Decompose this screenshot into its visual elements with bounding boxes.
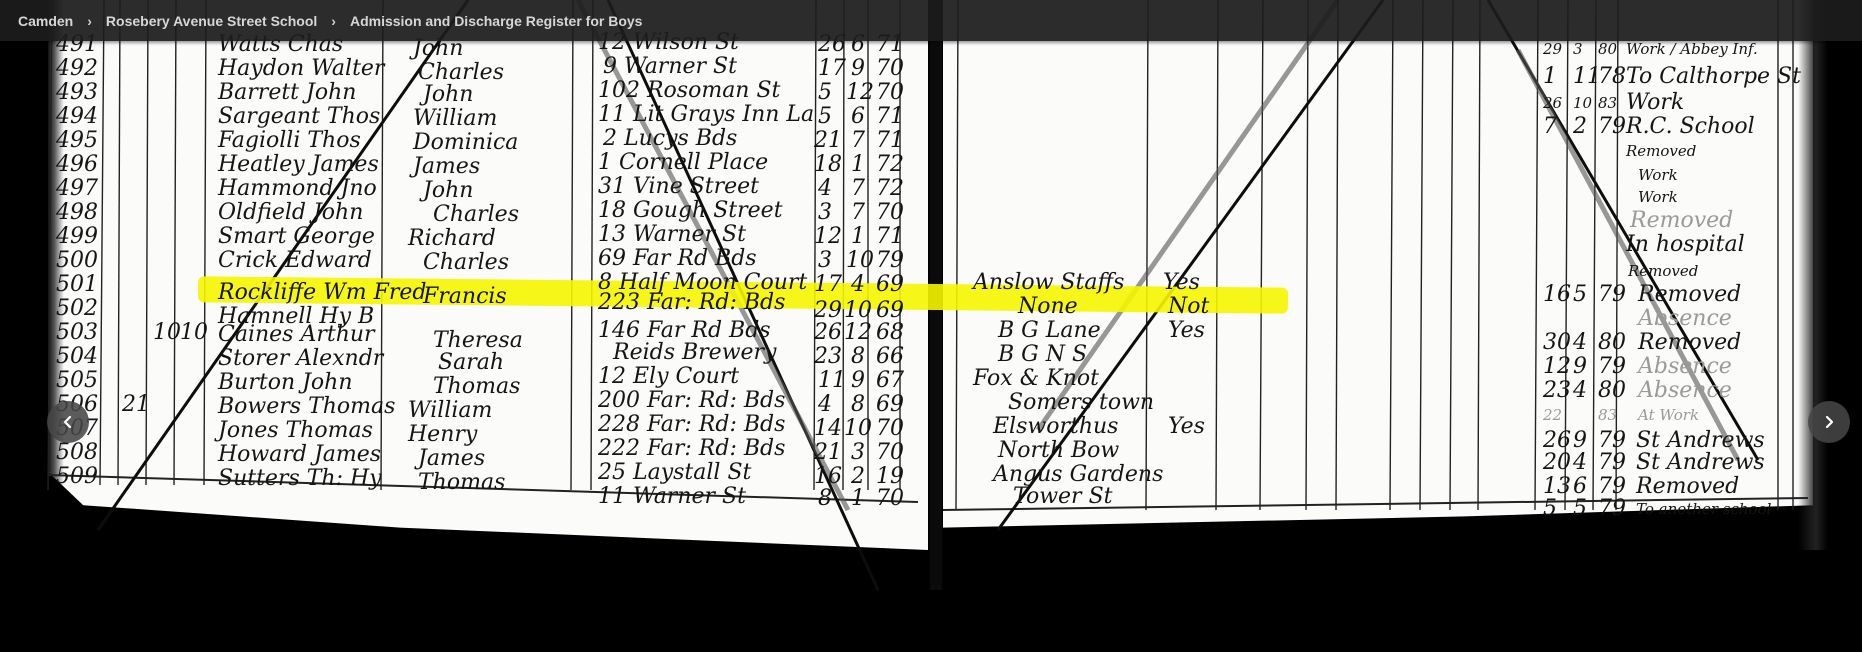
discharge-day: 7 [1543, 116, 1557, 138]
parent-name: Thomas [433, 376, 520, 398]
discharge-day: 1 [1543, 66, 1557, 88]
parent-name-highlighted: Francis [423, 286, 507, 308]
discharge-reason: Removed [1626, 144, 1696, 159]
pupil-name: Sutters Th: Hy [218, 468, 382, 490]
discharge-month: 2 [1573, 116, 1587, 138]
row-number: 502 [56, 298, 98, 320]
breadcrumb-current-register: Admission and Discharge Register for Boy… [350, 13, 643, 29]
parent-name: Charles [433, 204, 519, 226]
row-number: 504 [56, 346, 98, 368]
dob-year: 70 [876, 202, 904, 224]
row-number: 499 [56, 226, 98, 248]
parent-name: Thomas [418, 472, 505, 494]
discharge-year: 80 [1598, 42, 1617, 57]
discharge-year: 79 [1598, 452, 1626, 474]
dob-month: 10 [844, 418, 872, 440]
next-page-button[interactable] [1808, 401, 1850, 443]
discharge-year: 83 [1598, 96, 1617, 111]
pupil-name: Heatley James [218, 154, 379, 176]
dob-month: 10 [846, 250, 874, 272]
row-number: 509 [56, 466, 98, 488]
address: 12 Ely Court [598, 366, 739, 388]
dob-month: 9 [851, 370, 865, 392]
discharge-day: 29 [1543, 42, 1562, 57]
row-number: 495 [56, 130, 98, 152]
parent-name: James [413, 156, 480, 178]
yes-no: Yes [1168, 416, 1205, 438]
discharge-day: 12 [1543, 356, 1571, 378]
admission-month: 10 [180, 322, 208, 344]
discharge-month: 11 [1573, 66, 1601, 88]
discharge-reason: Absence [1638, 356, 1732, 378]
discharge-reason: Removed [1636, 476, 1739, 498]
row-number: 500 [56, 250, 98, 272]
discharge-day: 5 [1543, 498, 1557, 520]
dob-year: 71 [876, 130, 904, 152]
dob-month: 7 [851, 130, 865, 152]
pupil-name: Storer Alexndr [218, 348, 383, 370]
dob-month: 12 [846, 82, 874, 104]
pupil-name: Crick Edward [218, 250, 372, 272]
dob-month: 4 [851, 274, 865, 296]
last-school: Fox & Knot [973, 368, 1099, 390]
dob-month: 7 [851, 178, 865, 200]
discharge-year: 83 [1598, 408, 1617, 423]
document-viewer: 491 Watts Chas John 12 Wilson St 26 6 71… [0, 0, 1862, 652]
breadcrumb-separator: › [331, 13, 336, 29]
discharge-year: 80 [1598, 332, 1626, 354]
last-school: B G Lane [998, 320, 1101, 342]
pupil-name: Jones Thomas [218, 420, 373, 442]
address: 146 Far Rd Bds [598, 320, 771, 342]
dob-day: 3 [818, 202, 832, 224]
dob-month: 6 [851, 106, 865, 128]
row-number: 498 [56, 202, 98, 224]
dob-year: 70 [876, 418, 904, 440]
row-number: 508 [56, 442, 98, 464]
address: 18 Gough Street [598, 200, 783, 222]
parent-name: Sarah [438, 352, 504, 374]
pupil-name-highlighted: Rockliffe Wm Fred [218, 282, 426, 304]
dob-day: 4 [818, 178, 832, 200]
discharge-reason: Removed [1638, 284, 1741, 306]
address: Reids Brewery [613, 342, 777, 364]
dob-day: 21 [814, 442, 842, 464]
breadcrumb: Camden › Rosebery Avenue Street School ›… [0, 0, 1862, 41]
parent-name: John [413, 38, 463, 60]
pupil-name: Burton John [218, 372, 353, 394]
dob-year: 69 [876, 274, 904, 296]
parent-name: John [423, 84, 473, 106]
parent-name: Richard [408, 228, 496, 250]
discharge-month: 6 [1573, 476, 1587, 498]
address: 228 Far: Rd: Bds [598, 414, 785, 436]
discharge-month: 4 [1573, 452, 1587, 474]
breadcrumb-camden[interactable]: Camden [18, 13, 73, 29]
dob-year: 19 [876, 466, 904, 488]
dob-day: 14 [814, 418, 842, 440]
parent-name: William [413, 108, 497, 130]
address: 13 Warner St [598, 224, 746, 246]
pupil-name: Haydon Walter [218, 58, 384, 80]
dob-day: 3 [818, 250, 832, 272]
discharge-reason: Removed [1638, 332, 1741, 354]
dob-year: 67 [876, 370, 904, 392]
dob-day: 4 [818, 394, 832, 416]
row-number: 496 [56, 154, 98, 176]
discharge-month: 3 [1573, 42, 1583, 57]
last-school: Tower St [1013, 486, 1112, 508]
dob-year: 71 [876, 226, 904, 248]
address: 102 Rosoman St [598, 80, 780, 102]
dob-year: 66 [876, 346, 904, 368]
pupil-name: Fagiolli Thos [218, 130, 361, 152]
discharge-reason: Removed [1630, 210, 1733, 232]
pupil-name: Sargeant Thos [218, 106, 380, 128]
last-school: B G N S [998, 344, 1087, 366]
yes-no: Yes [1168, 320, 1205, 342]
dob-day: 11 [818, 370, 846, 392]
breadcrumb-separator: › [87, 13, 92, 29]
discharge-reason: St Andrews [1636, 452, 1765, 474]
dob-year: 70 [876, 442, 904, 464]
parent-name: Charles [418, 62, 504, 84]
admission-day: 21 [122, 394, 150, 416]
last-school: Angus Gardens [993, 464, 1163, 486]
dob-day: 17 [814, 274, 842, 296]
address: 69 Far Rd Bds [598, 248, 757, 270]
dob-month: 12 [844, 322, 872, 344]
dob-month: 10 [844, 300, 872, 322]
discharge-reason: In hospital [1626, 234, 1745, 256]
discharge-month: 5 [1573, 498, 1587, 520]
discharge-reason: At Work [1638, 408, 1699, 423]
discharge-month: 4 [1573, 332, 1587, 354]
discharge-month: 4 [1573, 380, 1587, 402]
discharge-day: 26 [1543, 96, 1562, 111]
dob-year: 70 [876, 58, 904, 80]
pupil-name: Smart George [218, 226, 375, 248]
dob-day: 8 [818, 488, 832, 510]
discharge-month: 10 [1573, 96, 1592, 111]
pupil-name: Hammond Jno [218, 178, 377, 200]
discharge-day: 22 [1543, 408, 1562, 423]
parent-name: Theresa [433, 330, 523, 352]
row-number: 493 [56, 82, 98, 104]
discharge-reason: R.C. School [1626, 116, 1755, 138]
discharge-reason: Work / Abbey Inf. [1626, 42, 1758, 57]
chevron-right-icon [1822, 415, 1836, 429]
dob-year: 72 [876, 178, 904, 200]
pupil-name: Bowers Thomas [218, 396, 395, 418]
parent-name: William [408, 400, 492, 422]
dob-month: 1 [851, 488, 865, 510]
discharge-reason: To another school [1636, 502, 1771, 517]
dob-month: 8 [851, 394, 865, 416]
last-school: None [1018, 296, 1078, 318]
discharge-reason: To Calthorpe St [1626, 66, 1801, 88]
discharge-day: 26 [1543, 430, 1571, 452]
pupil-name: Barrett John [218, 82, 356, 104]
parent-name: John [423, 180, 473, 202]
dob-day: 5 [818, 82, 832, 104]
parent-name: Henry [408, 424, 477, 446]
discharge-reason: Absence [1638, 380, 1732, 402]
admission-day: 10 [153, 322, 181, 344]
row-number: 497 [56, 178, 98, 200]
discharge-day: 30 [1543, 332, 1571, 354]
dob-year: 69 [876, 300, 904, 322]
dob-month: 3 [851, 442, 865, 464]
row-number: 503 [56, 322, 98, 344]
dob-day: 26 [814, 322, 842, 344]
pupil-name: Howard James [218, 444, 381, 466]
pupil-name: Oldfield John [218, 202, 363, 224]
pupil-name: Caines Arthur [218, 324, 375, 346]
discharge-month: 5 [1573, 284, 1587, 306]
dob-day: 5 [818, 106, 832, 128]
address: 25 Laystall St [598, 462, 751, 484]
address: 11 Lit Grays Inn La [598, 104, 814, 126]
dob-month: 7 [851, 202, 865, 224]
chevron-left-icon [61, 415, 75, 429]
address: 31 Vine Street [598, 176, 759, 198]
address: 2 Lucys Bds [603, 128, 737, 150]
breadcrumb-school[interactable]: Rosebery Avenue Street School [106, 13, 317, 29]
dob-month: 9 [851, 58, 865, 80]
last-school: Anslow Staffs [973, 272, 1124, 294]
previous-page-button[interactable] [47, 401, 89, 443]
discharge-day: 20 [1543, 452, 1571, 474]
discharge-year: 79 [1598, 476, 1626, 498]
dob-year: 79 [876, 250, 904, 272]
row-number: 494 [56, 106, 98, 128]
last-school: Elsworthus [993, 416, 1118, 438]
discharge-year: 79 [1598, 356, 1626, 378]
address: 9 Warner St [603, 56, 737, 78]
dob-day: 23 [814, 346, 842, 368]
address: 1 Cornell Place [598, 152, 768, 174]
address: 200 Far: Rd: Bds [598, 390, 785, 412]
row-number: 505 [56, 370, 98, 392]
dob-day: 29 [814, 300, 842, 322]
dob-month: 2 [851, 466, 865, 488]
discharge-reason: Absence [1638, 308, 1732, 330]
address-highlighted: 223 Far: Rd: Bds [598, 292, 785, 314]
dob-day: 16 [814, 466, 842, 488]
yes-no: Yes [1163, 272, 1200, 294]
parent-name: James [418, 448, 485, 470]
last-school: Somers town [1008, 392, 1154, 414]
row-number: 492 [56, 58, 98, 80]
discharge-year: 78 [1598, 66, 1626, 88]
yes-no: Not [1168, 296, 1209, 318]
dob-day: 18 [814, 154, 842, 176]
discharge-year: 79 [1598, 430, 1626, 452]
dob-month: 1 [851, 154, 865, 176]
discharge-reason: Work [1626, 92, 1684, 114]
last-school: North Bow [998, 440, 1119, 462]
discharge-month: 9 [1573, 430, 1587, 452]
dob-day: 21 [814, 130, 842, 152]
address: 222 Far: Rd: Bds [598, 438, 785, 460]
discharge-year: 79 [1598, 284, 1626, 306]
discharge-reason: Work [1638, 190, 1678, 205]
discharge-day: 23 [1543, 380, 1571, 402]
row-number: 501 [56, 274, 98, 296]
dob-month: 8 [851, 346, 865, 368]
dob-year: 70 [876, 82, 904, 104]
dob-year: 72 [876, 154, 904, 176]
dob-month: 1 [851, 226, 865, 248]
discharge-year: 79 [1598, 116, 1626, 138]
register-scan-image: 491 Watts Chas John 12 Wilson St 26 6 71… [38, 0, 1828, 590]
parent-name: Charles [423, 252, 509, 274]
discharge-year: 80 [1598, 380, 1626, 402]
dob-year: 70 [876, 488, 904, 510]
dob-year: 71 [876, 106, 904, 128]
discharge-reason: Work [1638, 168, 1678, 183]
discharge-reason: Removed [1628, 264, 1698, 279]
dob-year: 68 [876, 322, 904, 344]
discharge-year: 79 [1598, 498, 1626, 520]
parent-name: Dominica [413, 132, 518, 154]
dob-year: 69 [876, 394, 904, 416]
address: 11 Warner St [598, 486, 746, 508]
discharge-day: 13 [1543, 476, 1571, 498]
discharge-reason: St Andrews [1636, 430, 1765, 452]
discharge-month: 9 [1573, 356, 1587, 378]
dob-day: 17 [818, 58, 846, 80]
dob-day: 12 [814, 226, 842, 248]
discharge-day: 16 [1543, 284, 1571, 306]
